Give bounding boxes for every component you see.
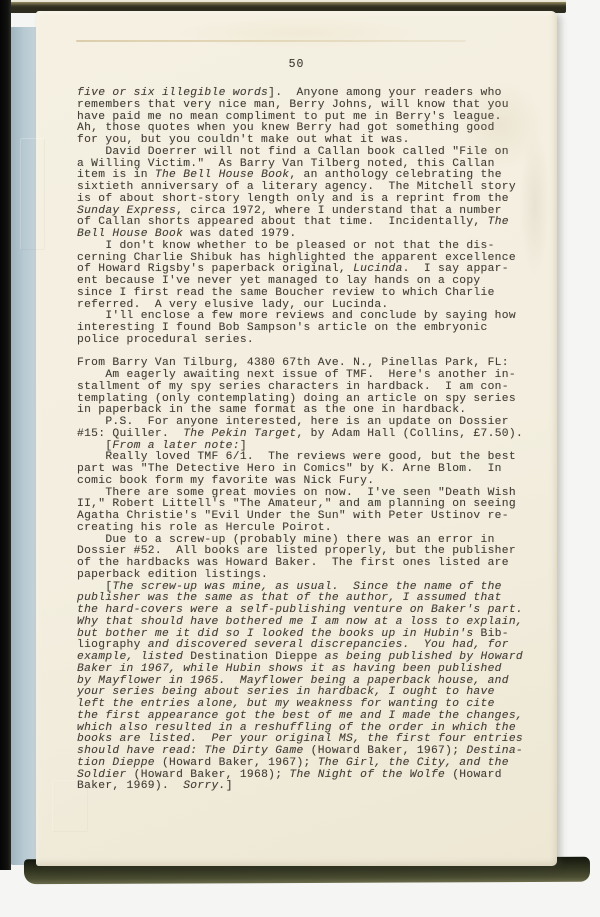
text-segment-italic: five or six illegible words [77,87,268,99]
text-segment-italic: Bell House Book [77,228,183,240]
text-segment-italic: Soldier [77,769,134,781]
text-segment: item is in [77,169,155,181]
left-gutter-shadow [0,0,11,870]
text-segment-italic: The Bell House Book [155,169,290,181]
text-segment-italic: by Mayflower in 1965. Mayflower being a … [77,675,509,687]
text-segment: Baker, 1969). [77,780,183,792]
text-segment-italic: left the entries alone, but my weakness … [77,698,495,710]
scan-edge-highlight [0,0,566,2]
text-segment: II," Robert Littell's "The Amateur," and… [77,498,516,510]
text-segment: [ [77,581,112,593]
text-segment-italic: the hard-covers were a self-publishing v… [77,604,523,616]
text-segment: There are some great movies on now. I've… [77,487,516,499]
text-segment: David Doerrer will not find a Callan boo… [77,146,509,158]
text-segment: ent because I've never yet managed to la… [77,275,481,287]
stain-mark [180,18,420,48]
text-segment-italic: Baker in 1967, while Hubin shows it as h… [77,663,502,675]
text-segment: of Callan shorts appeared about that tim… [77,216,488,228]
text-segment: was dated 1979. [183,228,296,240]
stain-mark [520,130,550,280]
emboss-mark [52,780,88,832]
text-segment-italic: The Night of the Wolfe [289,769,452,781]
text-segment: Agatha Christie's "Evil Under the Sun" w… [77,510,509,522]
text-segment-italic: From a later note: [112,440,239,452]
text-segment: sixtieth anniversary of a literary agenc… [77,181,516,193]
text-segment: , circa 1972, where I understand that a … [176,205,502,217]
text-segment: Bib- [481,628,509,640]
text-segment: Ah, those quotes when you knew Berry had… [77,122,495,134]
text-segment: Due to a screw-up (probably mine) there … [77,534,495,546]
text-segment: stallment of my spy series characters in… [77,381,509,393]
text-segment-italic: the first appearance got the best of me … [77,710,523,722]
text-segment: templating (only contemplating) doing an… [77,393,516,405]
text-segment-italic: The Pekin Target [183,428,296,440]
text-segment-italic: Sorry. [183,780,225,792]
text-segment: I'll enclose a few more reviews and conc… [77,310,516,322]
text-segment: paperback edition listings. [77,569,268,581]
text-segment: remembers that very nice man, Berry John… [77,99,509,111]
page-number: 50 [36,58,557,71]
text-segment: for you, but you couldn't make out what … [77,134,410,146]
text-segment-italic: Sunday Express [77,205,176,217]
text-segment-italic: publisher was the same as that of the au… [77,592,502,604]
text-segment: Really loved TMF 6/1. The reviews were g… [77,451,516,463]
text-segment: in paperback in the same format as the o… [77,404,466,416]
text-segment: of the hardbacks was Howard Baker. The f… [77,557,509,569]
text-segment-italic: Why that should have bothered me I am no… [77,616,523,628]
text-segment: ] [240,440,247,452]
text-segment: (Howard Baker, 1967); [162,757,318,769]
text-segment: [ [77,440,112,452]
text-segment-italic: Lucinda [353,263,403,275]
text-segment: police procedural series. [77,334,254,346]
text-segment-italic: your series being about series in hardba… [77,686,495,698]
text-segment: part was "The Detective Hero in Comics" … [77,463,502,475]
text-segment: is of about short-story length only and … [77,193,509,205]
text-segment-italic: books are listed. Per your original MS, … [77,733,523,745]
text-segment: a Willing Victim." As Barry Van Tilberg … [77,158,495,170]
text-segment: cerning Charlie Shibuk has highlighted t… [77,252,516,264]
text-segment: Am eagerly awaiting next issue of TMF. H… [77,369,516,381]
text-segment: have paid me no mean compliment to put m… [77,111,502,123]
text-segment: Dossier #52. All books are listed proper… [77,545,516,557]
emboss-mark [20,138,45,250]
text-segment: ] [226,780,233,792]
text-segment-italic: but bother me it did so I looked the boo… [77,628,481,640]
text-segment: (Howard [452,769,502,781]
text-segment: (Howard Baker, 1968); [134,769,290,781]
text-segment: . I say appar- [403,263,509,275]
text-segment-italic: The Girl, the City, and the [318,757,509,769]
text-segment: creating his role as Hercule Poirot. [77,522,332,534]
text-segment-italic: tion Dieppe [77,757,162,769]
text-line: police procedural series. [77,335,551,347]
text-segment-italic: The screw-up was mine, as usual. Since t… [112,581,501,593]
text-line: Baker, 1969). Sorry.] [77,781,551,793]
text-segment: referred. A very elusive lady, our Lucin… [77,299,389,311]
text-segment: of Howard Rigsby's paperback original, [77,263,353,275]
text-segment-italic: The [488,216,509,228]
text-segment: interesting I found Bob Sampson's articl… [77,322,488,334]
text-segment: since I first read the same Boucher revi… [77,287,495,299]
text-segment-italic: which also resulted in a reshuffling of … [77,722,516,734]
text-segment: #15: Quiller. [77,428,183,440]
text-segment: comic book form my favorite was Nick Fur… [77,475,374,487]
text-segment-italic: should have read: The Dirty Game [77,745,311,757]
text-segment: P.S. For anyone interested, here is an u… [77,416,509,428]
text-segment: From Barry Van Tilburg, 4380 67th Ave. N… [77,357,509,369]
text-segment: Destination Dieppe [190,651,317,663]
text-segment: liography [77,639,141,651]
text-body: five or six illegible words]. Anyone amo… [77,88,551,793]
text-segment-italic: as being published by Howard [318,651,523,663]
text-segment-italic: Destina- [466,745,523,757]
text-segment: , by Adam Hall (Collins, £7.50). [296,428,523,440]
scanned-page: 50 five or six illegible words]. Anyone … [0,0,600,917]
text-segment: I don't know whether to be pleased or no… [77,240,495,252]
text-segment: (Howard Baker, 1967); [311,745,467,757]
text-segment-italic: and discovered several discrepancies. Yo… [141,639,509,651]
text-segment-italic: example, listed [77,651,190,663]
text-segment: , an anthology celebrating the [289,169,501,181]
